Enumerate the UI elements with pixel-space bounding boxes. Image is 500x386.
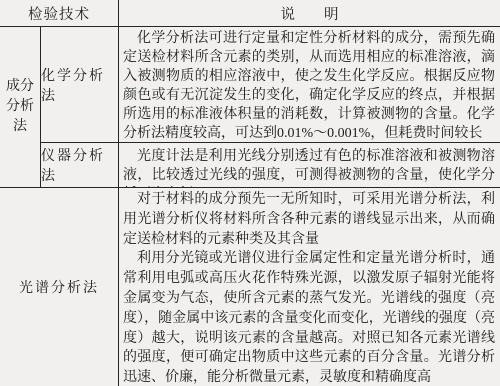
- scanned-table-page: 检验技术 说 明 成分 分析 法 化学分析法 化学分析法可进行定量和定性分析材料…: [0, 0, 500, 386]
- paragraph-instrument-analysis: 光度计法是利用光线分别透过有色的标准溶液和被测物溶液，比较透过光线的强度，可测得…: [123, 147, 495, 187]
- inspection-techniques-table: 检验技术 说 明 成分 分析 法 化学分析法 化学分析法可进行定量和定性分析材料…: [0, 0, 500, 386]
- paragraph-chemical-analysis: 化学分析法可进行定量和定性分析材料的成分，需预先确定送检材料所含元素的类别，从而…: [123, 29, 495, 142]
- method-name-instrument-analysis: 仪器分析法: [40, 142, 118, 187]
- column-header-description: 说 明: [118, 0, 500, 27]
- group-label-composition-analysis: 成分 分析 法: [0, 27, 40, 187]
- paragraph-spectral-analysis-2: 利用分光镜或光谱仪进行金属定性和定量光谱分析时，通常利用电弧或高压火花作特殊光源…: [123, 249, 495, 386]
- description-chemical-analysis: 化学分析法可进行定量和定性分析材料的成分，需预先确定送检材料所含元素的类别，从而…: [118, 27, 500, 142]
- description-instrument-analysis: 光度计法是利用光线分别透过有色的标准溶液和被测物溶液，比较透过光线的强度，可测得…: [118, 142, 500, 187]
- group-label-spectral-analysis: 光谱分析法: [0, 187, 118, 386]
- paragraph-spectral-analysis-1: 对于材料的成分预先一无所知时，可采用光谱分析法，利用光谱分析仪将材料所含各种元素…: [123, 190, 495, 249]
- method-name-chemical-analysis: 化学分析法: [40, 27, 118, 142]
- description-spectral-analysis: 对于材料的成分预先一无所知时，可采用光谱分析法，利用光谱分析仪将材料所含各种元素…: [118, 187, 500, 386]
- column-header-technique: 检验技术: [0, 0, 118, 27]
